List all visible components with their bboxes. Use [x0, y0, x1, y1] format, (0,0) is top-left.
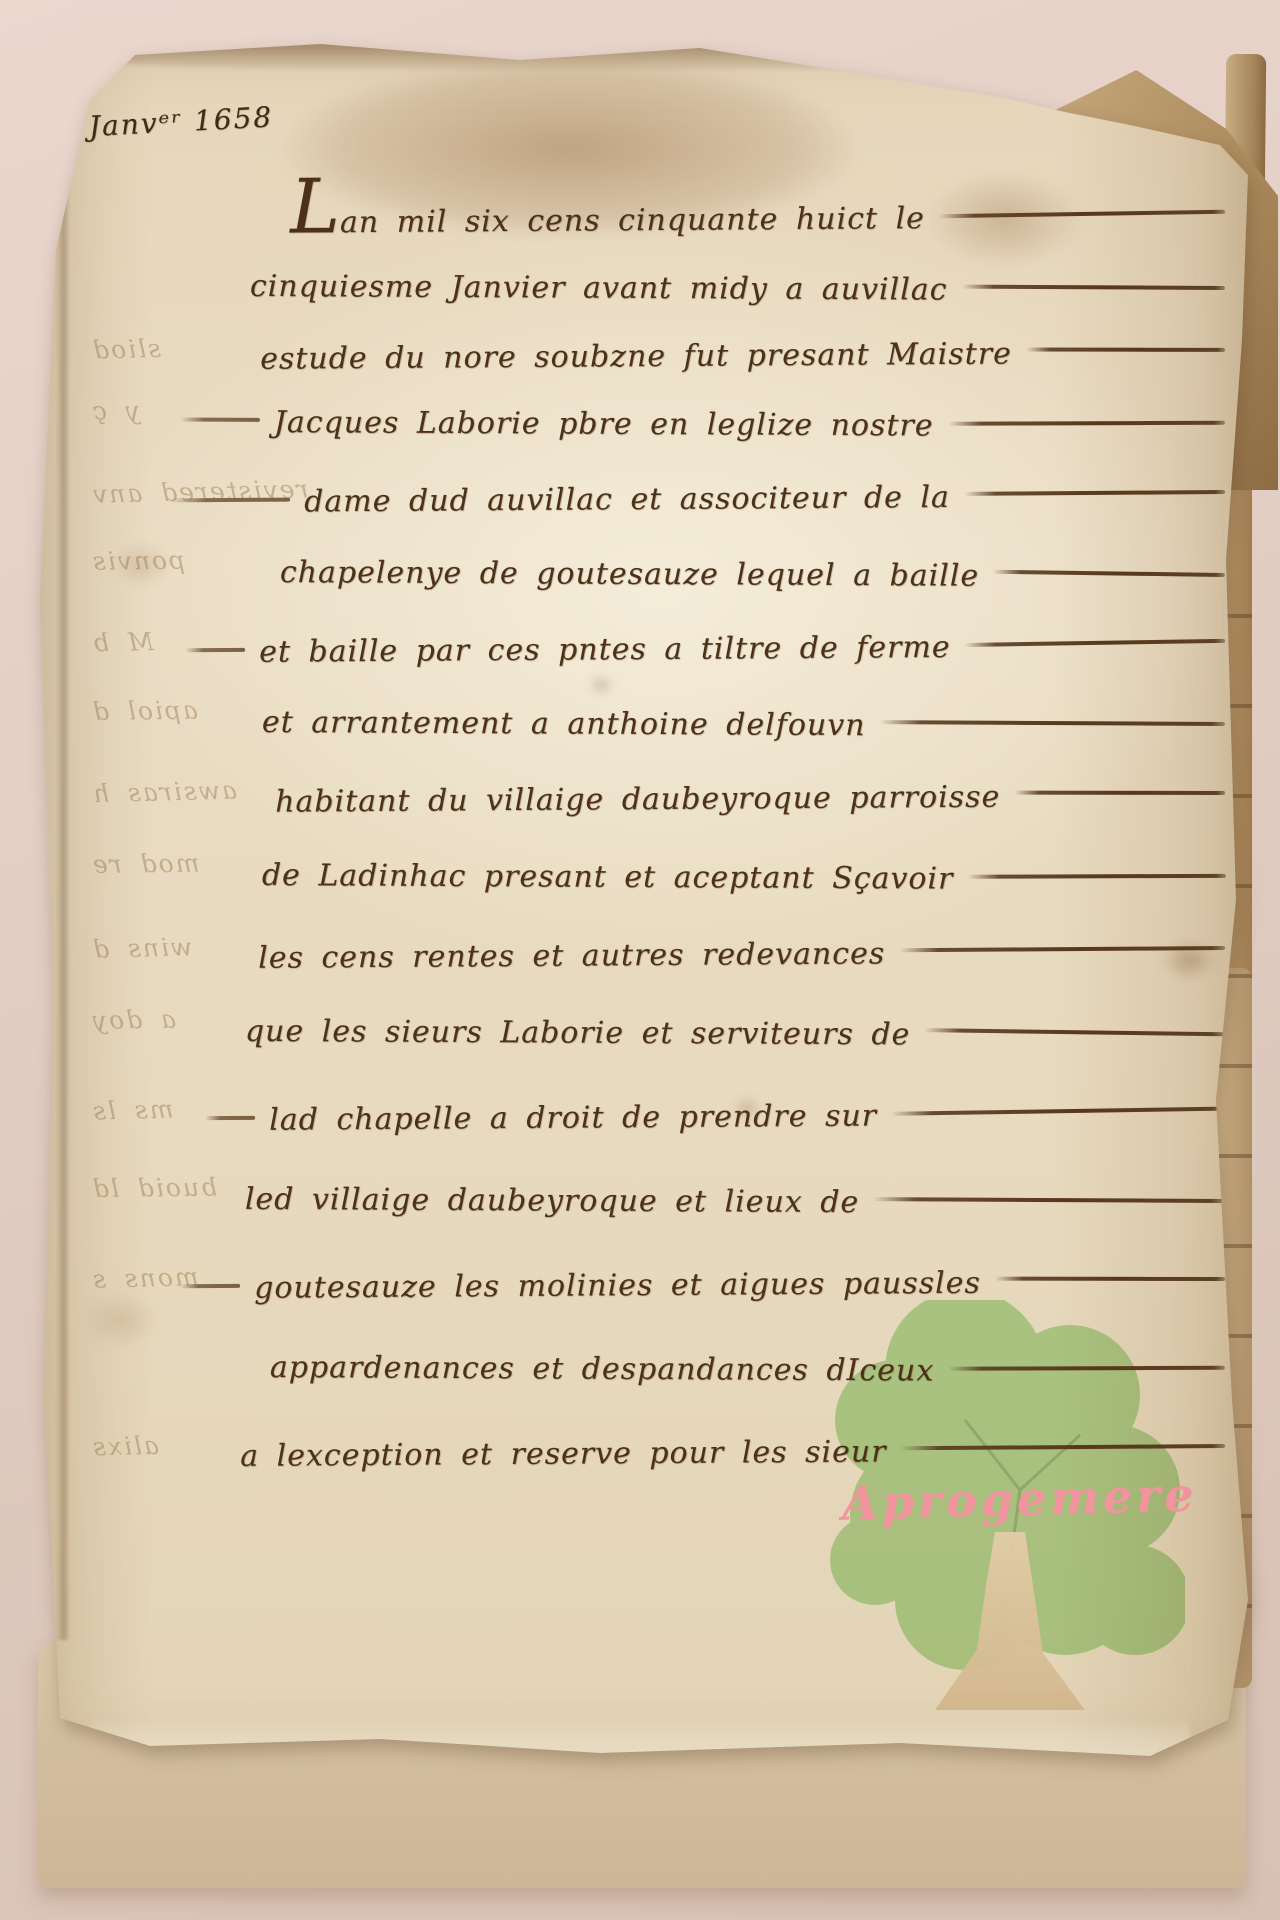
- ink-tail-dash: [899, 946, 1225, 952]
- bleedthrough-ghost-text: awsiras h: [91, 776, 238, 809]
- manuscript-line: M b et baille par ces pntes a tiltre de …: [85, 588, 1227, 671]
- manuscript-line-text: les cens rentes et autres redevances: [258, 936, 885, 975]
- bleedthrough-ghost-text: alixs: [91, 1431, 160, 1462]
- manuscript-line-text: que les sieurs Laborie et serviteurs de: [245, 1014, 911, 1052]
- manuscript-line: awsiras h habitant du villaige daubeyroq…: [85, 738, 1227, 821]
- ink-tail-dash: [948, 421, 1225, 426]
- ink-tail-dash: [900, 1444, 1225, 1450]
- bleedthrough-ghost-text: ponvis: [91, 546, 185, 576]
- torn-top-edge-stain: [66, 40, 1086, 70]
- ink-tail-dash: [948, 1366, 1225, 1371]
- manuscript-line: Lan mil six cens cinquante huict le: [85, 166, 1227, 242]
- manuscript-line: ponvis chapelenye de goutesauze lequel a…: [85, 514, 1227, 595]
- ink-tail-dash: [891, 1107, 1225, 1116]
- manuscript-line: appardenances et despandances dIceux: [85, 1300, 1227, 1390]
- manuscript-line-text: Jacques Laborie pbre en leglize nostre: [274, 405, 934, 443]
- ink-tail-dash: [993, 570, 1225, 577]
- manuscript-line: ms ls lad chapelle a droit de prendre su…: [85, 1047, 1228, 1139]
- manuscript-line: mod re de Ladinhac presant et aceptant S…: [85, 814, 1227, 898]
- left-fold-crease: [56, 160, 70, 1640]
- manuscript-line-text: et arrantement a anthoine delfouvn: [262, 705, 866, 743]
- watermark-label: Aprogemere: [841, 1467, 1198, 1530]
- manuscript-line-text: estude du nore soubzne fut presant Maist…: [260, 337, 1012, 377]
- manuscript-line-text: de Ladinhac presant et aceptant Sçavoir: [262, 858, 954, 897]
- ink-lead-dash: [180, 418, 260, 422]
- ink-tail-dash: [1026, 348, 1225, 352]
- manuscript-line: mons s goutesauze les molinies et aigues…: [85, 1215, 1228, 1307]
- bleedthrough-ghost-text: mons s: [91, 1262, 199, 1294]
- ink-tail-dash: [967, 874, 1225, 879]
- bleedthrough-ghost-text: ms ls: [91, 1095, 174, 1126]
- manuscript-line-text: et baille par ces pntes a tiltre de ferm…: [259, 630, 951, 670]
- ink-tail-dash: [939, 210, 1225, 218]
- manuscript-line: apiol d et arrantement a anthoine delfou…: [85, 664, 1227, 745]
- manuscript-line: a doy que les sieurs Laborie et serviteu…: [85, 970, 1227, 1054]
- manuscript-line-text: lad chapelle a droit de prendre sur: [269, 1098, 877, 1137]
- ink-tail-dash: [873, 1197, 1225, 1203]
- bleedthrough-ghost-text: buoid ld: [91, 1173, 217, 1204]
- manuscript-line-text: chapelenye de goutesauze lequel a baille: [280, 555, 979, 594]
- bleedthrough-ghost-text: y ç: [91, 396, 140, 426]
- photo-of-manuscript: 4 Janvᵉʳ 1658 Aprogemere: [0, 0, 1280, 1920]
- ink-tail-dash: [965, 639, 1226, 647]
- bleedthrough-ghost-text: mod re: [91, 849, 200, 879]
- ink-tail-dash: [1014, 791, 1225, 795]
- bleedthrough-ghost-text: revistered anv: [91, 475, 309, 509]
- manuscript-page: 4 Janvᵉʳ 1658 Aprogemere: [30, 40, 1248, 1764]
- bleedthrough-ghost-text: a doy: [91, 1005, 176, 1035]
- manuscript-line-text: dame dud auvillac et associteur de la: [304, 480, 950, 520]
- manuscript-line-text: goutesauze les molinies et aigues paussl…: [254, 1266, 981, 1306]
- ink-lead-dash: [205, 1116, 255, 1120]
- ink-tail-dash: [995, 1277, 1225, 1281]
- manuscript-line-text: a lexception et reserve pour les sieur: [240, 1434, 887, 1474]
- ink-tail-dash: [961, 285, 1224, 290]
- manuscript-line: buoid ld led villaige daubeyroque et lie…: [85, 1132, 1227, 1222]
- manuscript-line-text: habitant du villaige daubeyroque parrois…: [275, 780, 1000, 820]
- bleedthrough-ghost-text: apiol d: [91, 696, 198, 726]
- ink-tail-dash: [964, 490, 1225, 496]
- bleedthrough-ghost-text: sliod: [91, 334, 162, 365]
- manuscript-line: y ç Jacques Laborie pbre en leglize nost…: [85, 371, 1227, 445]
- manuscript-line: revistered anv dame dud auvillac et asso…: [85, 438, 1227, 521]
- manuscript-line-text: led villaige daubeyroque et lieux de: [245, 1182, 860, 1220]
- manuscript-text-block: Lan mil six cens cinquante huict le cinq…: [85, 170, 1227, 1471]
- bleedthrough-ghost-text: M b: [91, 627, 154, 658]
- manuscript-line: cinquiesme Janvier avant midy a auvillac: [85, 235, 1227, 309]
- manuscript-line: wins d les cens rentes et autres redevan…: [85, 891, 1228, 977]
- archival-date-note: 4 Janvᵉʳ 1658: [57, 100, 274, 144]
- ink-lead-dash: [185, 648, 245, 652]
- ink-tail-dash: [880, 720, 1225, 726]
- manuscript-line: sliod estude du nore soubzne fut presant…: [85, 302, 1227, 378]
- manuscript-line-text: cinquiesme Janvier avant midy a auvillac: [250, 269, 948, 308]
- manuscript-line-text: appardenances et despandances dIceux: [270, 1350, 935, 1388]
- manuscript-line: alixs a lexception et reserve pour les s…: [85, 1383, 1228, 1475]
- ink-tail-dash: [924, 1028, 1225, 1036]
- manuscript-line-text: Lan mil six cens cinquante huict le: [290, 182, 925, 240]
- bleedthrough-ghost-text: wins d: [91, 932, 193, 963]
